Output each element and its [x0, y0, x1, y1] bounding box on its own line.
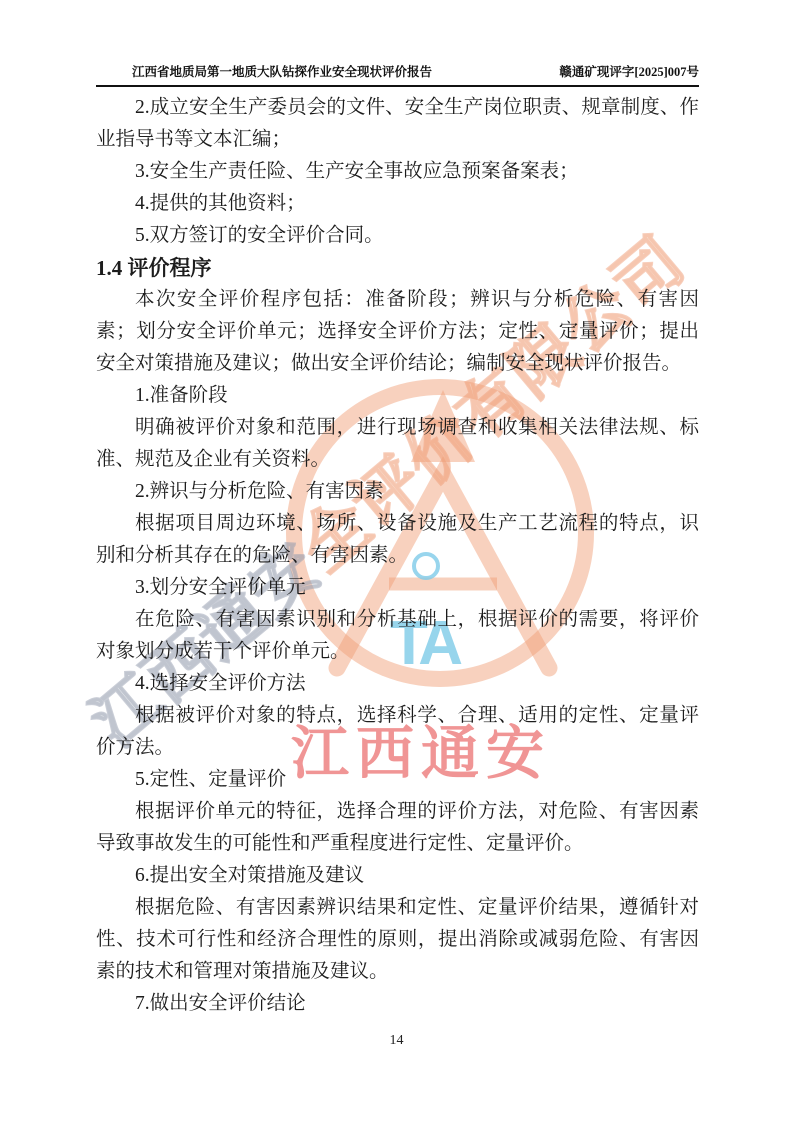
header-report-title: 江西省地质局第一地质大队钻探作业安全现状评价报告 — [132, 62, 432, 80]
body-paragraph: 根据评价单元的特征，选择合理的评价方法，对危险、有害因素导致事故发生的可能性和严… — [96, 796, 699, 860]
body-paragraph: 3.划分安全评价单元 — [96, 572, 699, 604]
body-paragraph: 4.选择安全评价方法 — [96, 668, 699, 700]
body-paragraph: 5.定性、定量评价 — [96, 764, 699, 796]
body-paragraph: 7.做出安全评价结论 — [96, 988, 699, 1020]
body-paragraph: 根据项目周边环境、场所、设备设施及生产工艺流程的特点，识别和分析其存在的危险、有… — [96, 508, 699, 572]
document-page: TA 江西通安全评价有限公司 江西通安 江西省地质局第一地质大队钻探作业安全现状… — [0, 0, 793, 1122]
body-paragraph: 明确被评价对象和范围，进行现场调查和收集相关法律法规、标准、规范及企业有关资料。 — [96, 412, 699, 476]
body-paragraph: 2.辨识与分析危险、有害因素 — [96, 476, 699, 508]
page-header: 江西省地质局第一地质大队钻探作业安全现状评价报告 赣通矿现评字[2025]007… — [96, 62, 699, 87]
body-paragraph: 5.双方签订的安全评价合同。 — [96, 220, 699, 252]
document-body: 2.成立安全生产委员会的文件、安全生产岗位职责、规章制度、作业指导书等文本汇编；… — [96, 92, 699, 1020]
section-heading: 1.4 评价程序 — [96, 252, 699, 284]
header-document-number: 赣通矿现评字[2025]007号 — [559, 62, 699, 80]
body-paragraph: 3.安全生产责任险、生产安全事故应急预案备案表； — [96, 156, 699, 188]
body-paragraph: 6.提出安全对策措施及建议 — [96, 860, 699, 892]
page-number: 14 — [0, 1033, 793, 1049]
body-paragraph: 在危险、有害因素识别和分析基础上，根据评价的需要，将评价对象划分成若干个评价单元… — [96, 604, 699, 668]
body-paragraph: 1.准备阶段 — [96, 380, 699, 412]
body-paragraph: 根据被评价对象的特点，选择科学、合理、适用的定性、定量评价方法。 — [96, 700, 699, 764]
body-paragraph: 本次安全评价程序包括：准备阶段；辨识与分析危险、有害因素；划分安全评价单元；选择… — [96, 284, 699, 380]
body-paragraph: 根据危险、有害因素辨识结果和定性、定量评价结果，遵循针对性、技术可行性和经济合理… — [96, 892, 699, 988]
body-paragraph: 2.成立安全生产委员会的文件、安全生产岗位职责、规章制度、作业指导书等文本汇编； — [96, 92, 699, 156]
body-paragraph: 4.提供的其他资料； — [96, 188, 699, 220]
